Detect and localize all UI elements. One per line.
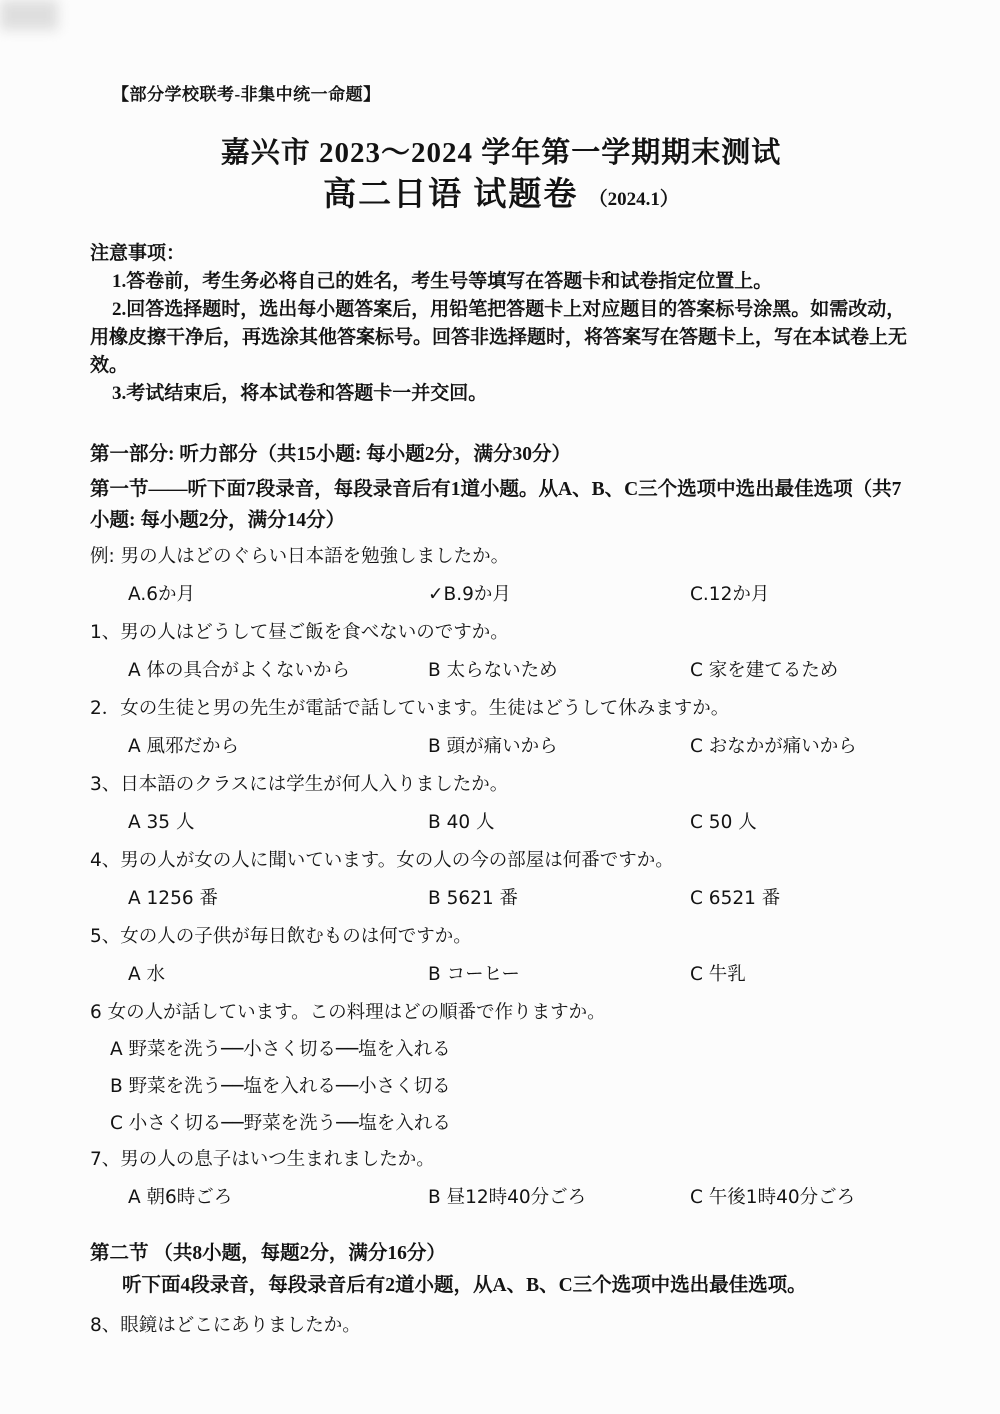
notice-section: 注意事项： 1.答卷前，考生务必将自己的姓名，考生号等填写在答题卡和试卷指定位置… xyxy=(90,240,912,408)
question-3-option-a: A 35 人 xyxy=(128,810,428,836)
question-8-text: 8、眼鏡はどこにありましたか。 xyxy=(90,1313,912,1339)
question-2-option-c: C おなかが痛いから xyxy=(690,734,912,760)
question-6-option-c: C 小さく切る──野菜を洗う──塩を入れる xyxy=(110,1111,912,1137)
question-5-text: 5、女の人の子供が毎日飲むものは何ですか。 xyxy=(90,924,912,950)
question-1-option-a: A 体の具合がよくないから xyxy=(128,658,428,684)
question-4-text: 4、男の人が女の人に聞いています。女の人の今の部屋は何番ですか。 xyxy=(90,848,912,874)
question-6-option-a: A 野菜を洗う──小さく切る──塩を入れる xyxy=(110,1037,912,1063)
question-3-option-b: B 40 人 xyxy=(428,810,690,836)
question-4-option-c: C 6521 番 xyxy=(690,886,912,912)
question-2-option-a: A 風邪だから xyxy=(128,734,428,760)
example-options-row: A.6か月 ✓B.9か月 C.12か月 xyxy=(90,582,912,608)
question-1-option-b: B 太らないため xyxy=(428,658,690,684)
part2-instruction: 听下面4段录音，每段录音后有2道小题，从A、B、C三个选项中选出最佳选项。 xyxy=(90,1271,912,1301)
notice-item-2: 2.回答选择题时，选出每小题答案后，用铅笔把答题卡上对应题目的答案标号涂黑。如需… xyxy=(90,296,912,380)
part1-heading: 第一部分: 听力部分（共15小题: 每小题2分，满分30分） xyxy=(90,440,912,470)
exam-title: 嘉兴市 2023～2024 学年第一学期期末测试 xyxy=(90,135,912,171)
question-7-text: 7、男の人の息子はいつ生まれましたか。 xyxy=(90,1147,912,1173)
example-question: 例: 男の人はどのぐらい日本語を勉強しましたか。 xyxy=(90,544,912,570)
exam-subtitle: 高二日语 试题卷 xyxy=(323,177,578,213)
question-5-options: A 水 B コーヒー C 牛乳 xyxy=(90,962,912,988)
question-5-option-a: A 水 xyxy=(128,962,428,988)
question-2-option-b: B 頭が痛いから xyxy=(428,734,690,760)
exam-subtitle-line: 高二日语 试题卷 （2024.1） xyxy=(90,175,912,220)
question-7-option-b: B 昼12時40分ごろ xyxy=(428,1185,690,1211)
exam-date: （2024.1） xyxy=(589,189,679,210)
question-6-text: 6 女の人が話しています。この料理はどの順番で作りますか。 xyxy=(90,1000,912,1026)
question-1-options: A 体の具合がよくないから B 太らないため C 家を建てるため xyxy=(90,658,912,684)
notice-heading: 注意事项： xyxy=(90,240,912,268)
question-5-option-b: B コーヒー xyxy=(428,962,690,988)
question-1-option-c: C 家を建てるため xyxy=(690,658,912,684)
question-6-option-b: B 野菜を洗う──塩を入れる──小さく切る xyxy=(110,1074,912,1100)
example-option-c: C.12か月 xyxy=(690,582,912,608)
notice-item-1: 1.答卷前，考生务必将自己的姓名，考生号等填写在答题卡和试卷指定位置上。 xyxy=(90,268,912,296)
exam-page: 【部分学校联考-非集中统一命题】 嘉兴市 2023～2024 学年第一学期期末测… xyxy=(0,0,1000,1339)
part1-section1-heading: 第一节——听下面7段录音，每段录音后有1道小题。从A、B、C三个选项中选出最佳选… xyxy=(90,474,912,536)
question-2-text: 2．女の生徒と男の先生が電話で話しています。生徒はどうして休みますか。 xyxy=(90,696,912,722)
question-4-option-a: A 1256 番 xyxy=(128,886,428,912)
part2-heading: 第二节 （共8小题，每题2分，满分16分） xyxy=(90,1239,912,1269)
question-4-options: A 1256 番 B 5621 番 C 6521 番 xyxy=(90,886,912,912)
notice-item-3: 3.考试结束后，将本试卷和答题卡一并交回。 xyxy=(90,380,912,408)
question-3-option-c: C 50 人 xyxy=(690,810,912,836)
example-option-a: A.6か月 xyxy=(128,582,428,608)
question-2-options: A 風邪だから B 頭が痛いから C おなかが痛いから xyxy=(90,734,912,760)
question-7-options: A 朝6時ごろ B 昼12時40分ごろ C 午後1時40分ごろ xyxy=(90,1185,912,1211)
question-4-option-b: B 5621 番 xyxy=(428,886,690,912)
question-5-option-c: C 牛乳 xyxy=(690,962,912,988)
question-7-option-c: C 午後1時40分ごろ xyxy=(690,1185,912,1211)
question-3-text: 3、日本語のクラスには学生が何人入りましたか。 xyxy=(90,772,912,798)
exam-source-tag: 【部分学校联考-非集中统一命题】 xyxy=(90,80,912,105)
scan-artifact xyxy=(0,0,58,30)
question-3-options: A 35 人 B 40 人 C 50 人 xyxy=(90,810,912,836)
example-option-b: ✓B.9か月 xyxy=(428,582,690,608)
question-6-options: A 野菜を洗う──小さく切る──塩を入れる B 野菜を洗う──塩を入れる──小さ… xyxy=(90,1037,912,1137)
question-1-text: 1、男の人はどうして昼ご飯を食べないのですか。 xyxy=(90,620,912,646)
question-7-option-a: A 朝6時ごろ xyxy=(128,1185,428,1211)
